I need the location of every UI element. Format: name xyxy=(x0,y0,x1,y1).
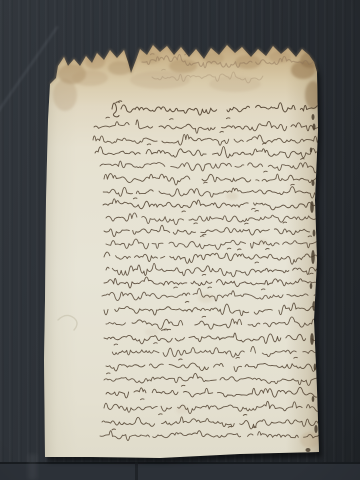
photo-scene xyxy=(0,0,360,480)
paper-edge-shading xyxy=(44,45,319,458)
manuscript-photo xyxy=(0,0,360,480)
